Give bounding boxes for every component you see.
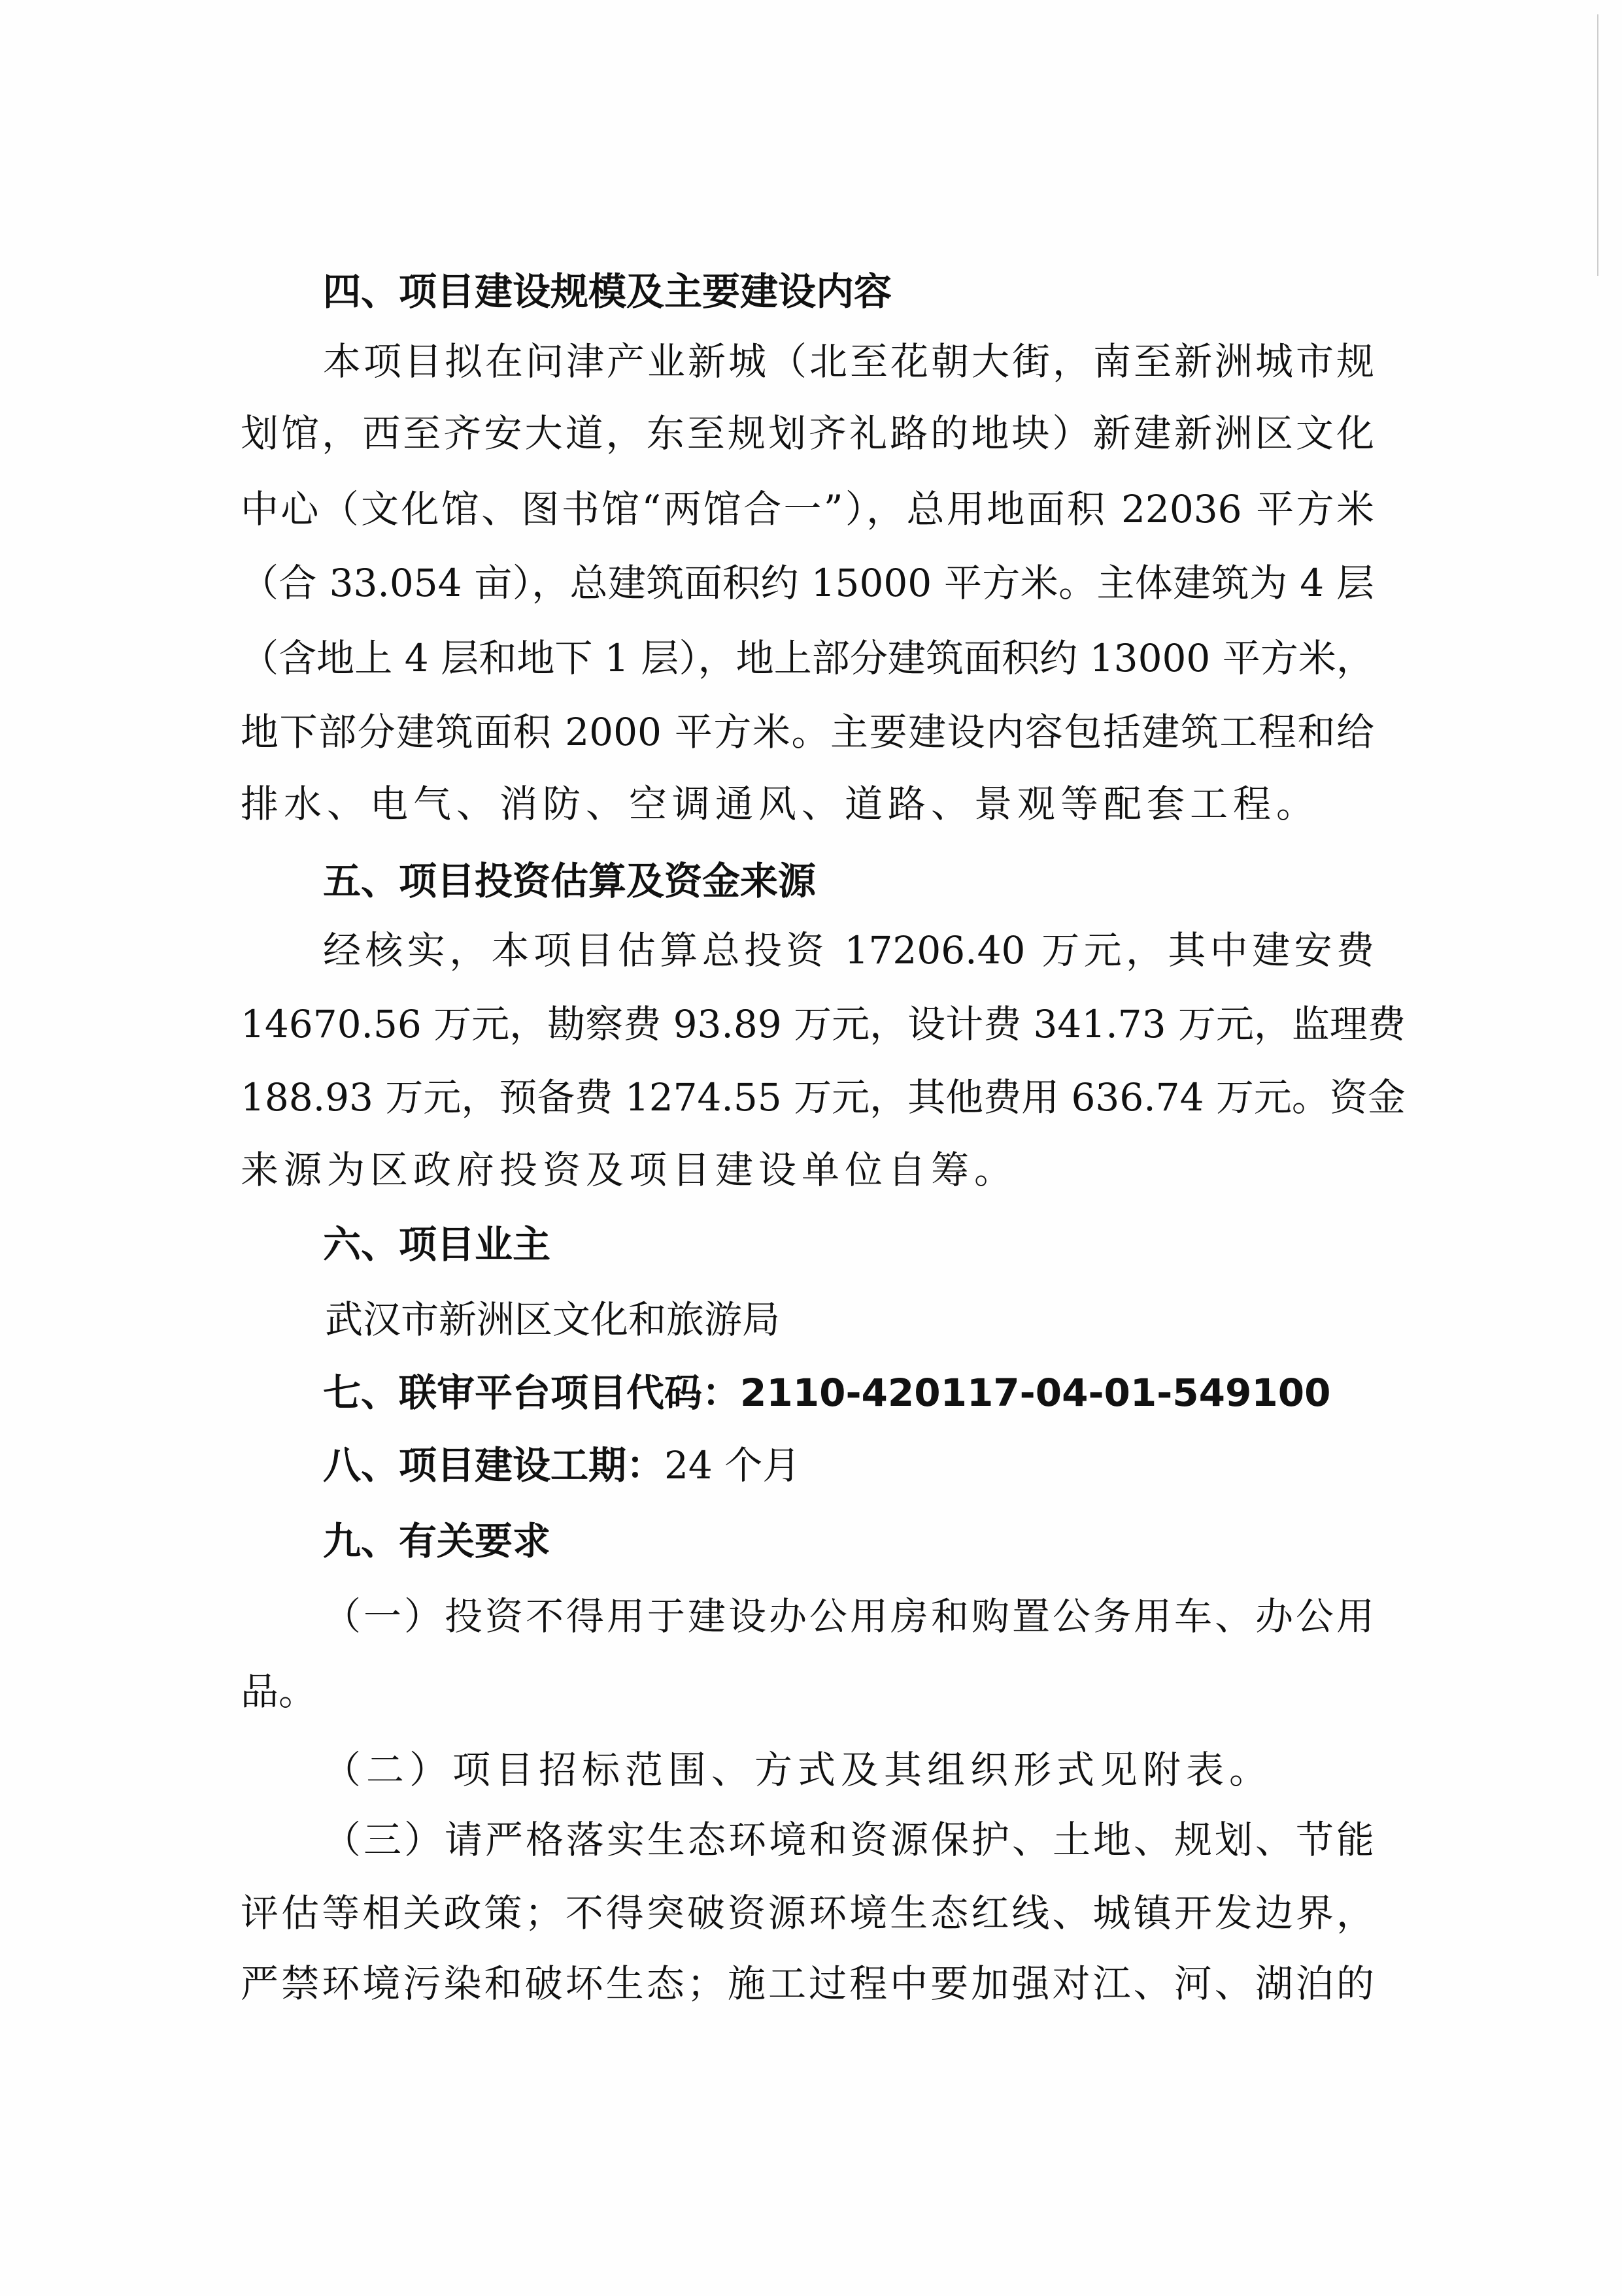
paragraph-line: 地下部分建筑面积 2000 平方米。主要建设内容包括建筑工程和给 [241, 706, 1374, 758]
section-heading-9: 九、有关要求 [323, 1515, 550, 1567]
requirement-item-3: （三）请严格落实生态环境和资源保护、土地、规划、节能 [323, 1814, 1374, 1866]
paragraph-line: 来源为区政府投资及项目建设单位自筹。 [241, 1144, 1017, 1196]
document-page: 四、项目建设规模及主要建设内容 本项目拟在问津产业新城（北至花朝大街，南至新洲城… [0, 0, 1622, 2296]
paragraph-line: （合 33.054 亩），总建筑面积约 15000 平方米。主体建筑为 4 层 [241, 557, 1374, 609]
project-code: 2110-420117-04-01-549100 [740, 1371, 1330, 1415]
paragraph-line: 188.93 万元，预备费 1274.55 万元，其他费用 636.74 万元。… [241, 1071, 1374, 1123]
construction-period-label: 八、项目建设工期： [323, 1443, 664, 1488]
requirement-item-3-cont: 严禁环境污染和破坏生态；施工过程中要加强对江、河、湖泊的 [241, 1957, 1374, 2010]
requirement-item-1: （一）投资不得用于建设办公用房和购置公务用车、办公用 [323, 1590, 1374, 1642]
section-heading-6: 六、项目业主 [323, 1218, 550, 1271]
paragraph-line: 本项目拟在问津产业新城（北至花朝大街，南至新洲城市规 [323, 335, 1374, 388]
construction-period-value: 24 个月 [664, 1443, 800, 1488]
paragraph-line: （含地上 4 层和地下 1 层），地上部分建筑面积约 13000 平方米， [241, 632, 1374, 684]
project-owner: 武汉市新洲区文化和旅游局 [325, 1293, 780, 1346]
section-heading-7: 七、联审平台项目代码：2110-420117-04-01-549100 [323, 1367, 1330, 1419]
paragraph-line: 排水、电气、消防、空调通风、道路、景观等配套工程。 [241, 778, 1319, 830]
requirement-item-1-cont: 品。 [241, 1665, 316, 1718]
paragraph-line: 划馆，西至齐安大道，东至规划齐礼路的地块）新建新洲区文化 [241, 407, 1374, 459]
project-code-label: 七、联审平台项目代码： [323, 1371, 740, 1415]
section-heading-8: 八、项目建设工期：24 个月 [323, 1439, 800, 1491]
paragraph-line: 中心（文化馆、图书馆“两馆合一”），总用地面积 22036 平方米 [241, 483, 1374, 535]
requirement-item-2: （二）项目招标范围、方式及其组织形式见附表。 [323, 1744, 1272, 1796]
requirement-item-3-cont: 评估等相关政策；不得突破资源环境生态红线、城镇开发边界， [241, 1887, 1374, 1939]
paragraph-line: 经核实，本项目估算总投资 17206.40 万元，其中建安费 [323, 924, 1374, 976]
paragraph-line: 14670.56 万元，勘察费 93.89 万元，设计费 341.73 万元，监… [241, 998, 1374, 1050]
section-heading-5: 五、项目投资估算及资金来源 [323, 855, 816, 907]
scan-artifact-line [1597, 14, 1598, 276]
section-heading-4: 四、项目建设规模及主要建设内容 [323, 265, 892, 318]
